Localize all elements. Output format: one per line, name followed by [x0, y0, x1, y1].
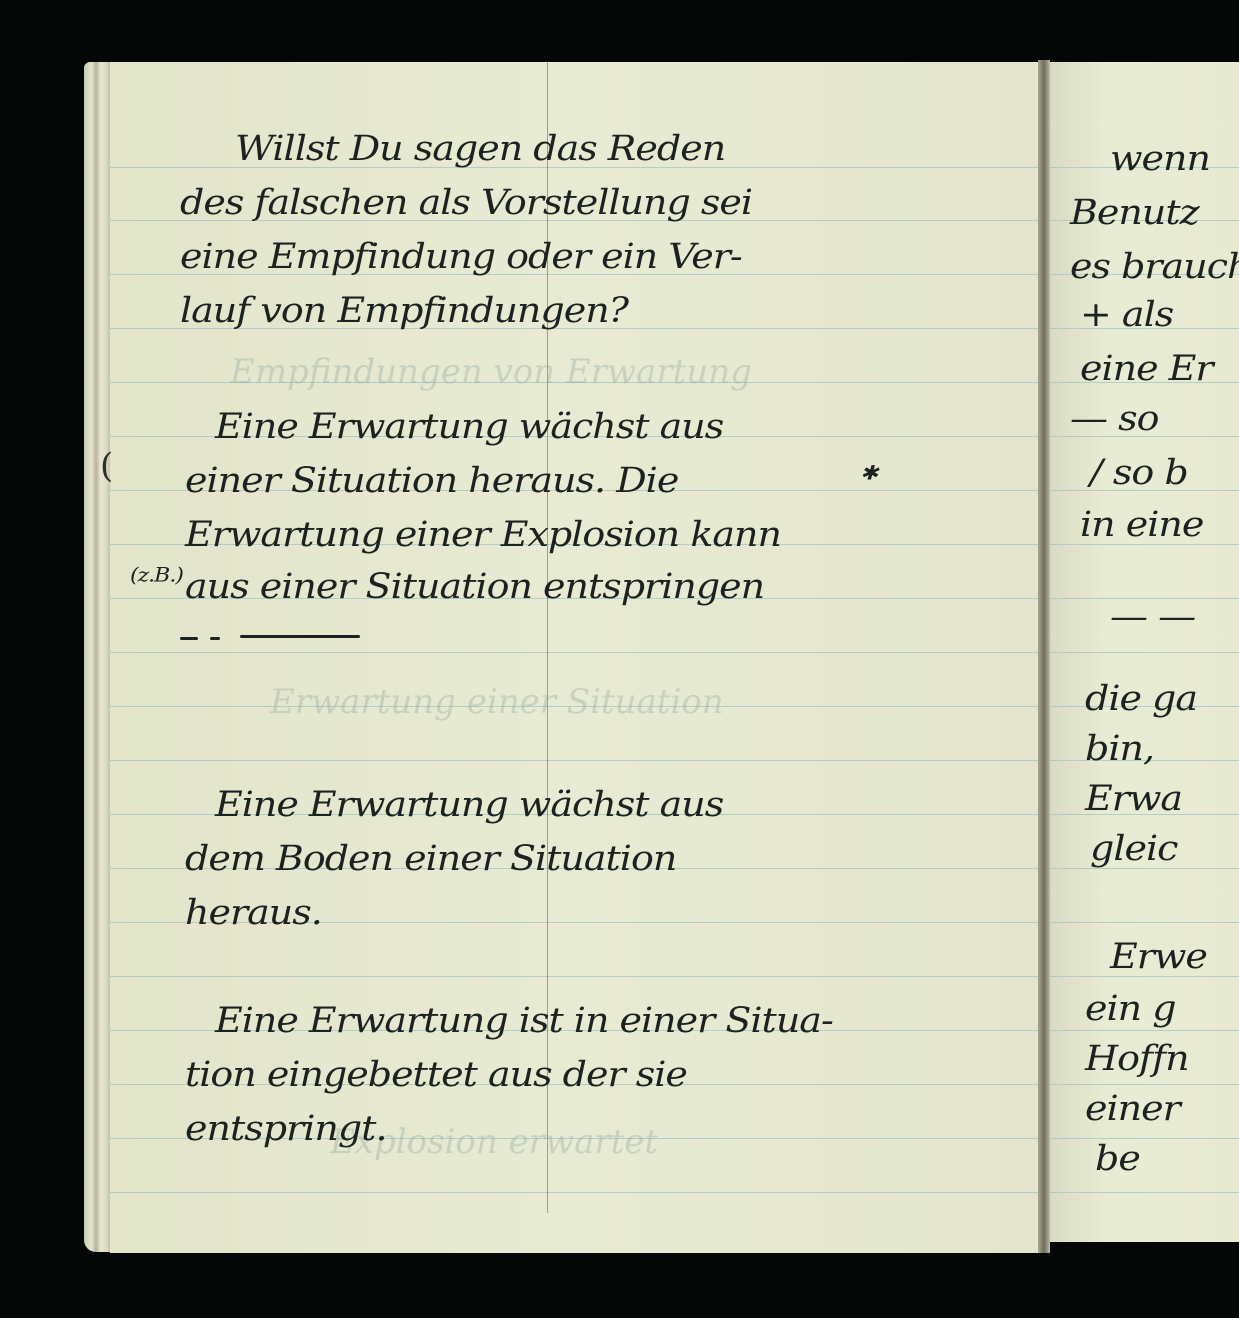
handwritten-line: lauf von Empfindungen?	[180, 290, 628, 330]
handwritten-line: gleic	[1090, 828, 1177, 868]
handwritten-line: eine Er	[1080, 348, 1213, 388]
handwritten-line: aus einer Situation entspringen	[185, 566, 764, 606]
left-page: Empfindungen von Erwartung Erwartung ein…	[110, 62, 1038, 1253]
handwritten-line: in eine	[1080, 504, 1203, 544]
handwritten-line: heraus.	[185, 892, 322, 932]
ruled-line	[1050, 922, 1239, 923]
handwritten-line: einer Situation heraus. Die	[185, 460, 678, 500]
handwritten-line: + als	[1080, 294, 1173, 334]
handwritten-line: / so b	[1090, 452, 1188, 492]
separator-dash	[180, 637, 198, 640]
handwritten-line: Eine Erwartung wächst aus	[215, 406, 723, 446]
ruled-line	[1050, 868, 1239, 869]
handwritten-line: Eine Erwartung wächst aus	[215, 784, 723, 824]
bleed-through-text: Erwartung einer Situation	[270, 682, 724, 722]
pencil-vertical-line	[547, 62, 548, 1213]
ruled-line	[110, 976, 1038, 977]
handwritten-line: einer	[1085, 1088, 1180, 1128]
stray-mark: (	[100, 446, 113, 486]
ruled-line	[1050, 976, 1239, 977]
ruled-line	[1050, 1192, 1239, 1193]
handwritten-line: be	[1095, 1138, 1140, 1178]
handwritten-line: bin,	[1085, 728, 1154, 768]
notebook-gutter	[1038, 60, 1050, 1253]
handwritten-line: eine Empfindung oder ein Ver-	[180, 236, 742, 276]
separator-dashes: — —	[1110, 596, 1195, 636]
handwritten-line: Erwartung einer Explosion kann	[185, 514, 781, 554]
handwritten-line: entspringt.	[185, 1108, 387, 1148]
handwritten-line: Benutz	[1070, 192, 1199, 232]
ruled-line	[1050, 1084, 1239, 1085]
ruled-line	[110, 760, 1038, 761]
handwritten-line: wenn	[1110, 138, 1210, 178]
handwritten-line: des falschen als Vorstellung sei	[180, 182, 752, 222]
ruled-line	[110, 652, 1038, 653]
bleed-through-text: Empfindungen von Erwartung	[230, 352, 752, 392]
handwritten-line: Erwa	[1085, 778, 1182, 818]
separator-dash	[240, 635, 360, 638]
handwritten-line: Hoffn	[1085, 1038, 1189, 1078]
right-page: wenn Benutz es braucht + als eine Er — s…	[1050, 62, 1239, 1242]
insertion-mark: ✱	[860, 463, 877, 486]
handwritten-line: die ga	[1085, 678, 1197, 718]
ruled-line	[1050, 1030, 1239, 1031]
separator-dash	[210, 637, 220, 640]
handwritten-line: Willst Du sagen das Reden	[235, 128, 725, 168]
margin-note: (z.B.)	[130, 565, 183, 588]
handwritten-line: Erwe	[1110, 936, 1207, 976]
ruled-line	[110, 1192, 1038, 1193]
handwritten-line: dem Boden einer Situation	[185, 838, 676, 878]
handwritten-line: — so	[1070, 398, 1158, 438]
ruled-line	[1050, 652, 1239, 653]
ruled-line	[1050, 544, 1239, 545]
ruled-line	[1050, 1138, 1239, 1139]
handwritten-line: Eine Erwartung ist in einer Situa-	[215, 1000, 833, 1040]
handwritten-line: tion eingebettet aus der sie	[185, 1054, 687, 1094]
handwritten-line: ein g	[1085, 988, 1176, 1028]
handwritten-line: es braucht	[1070, 246, 1239, 286]
